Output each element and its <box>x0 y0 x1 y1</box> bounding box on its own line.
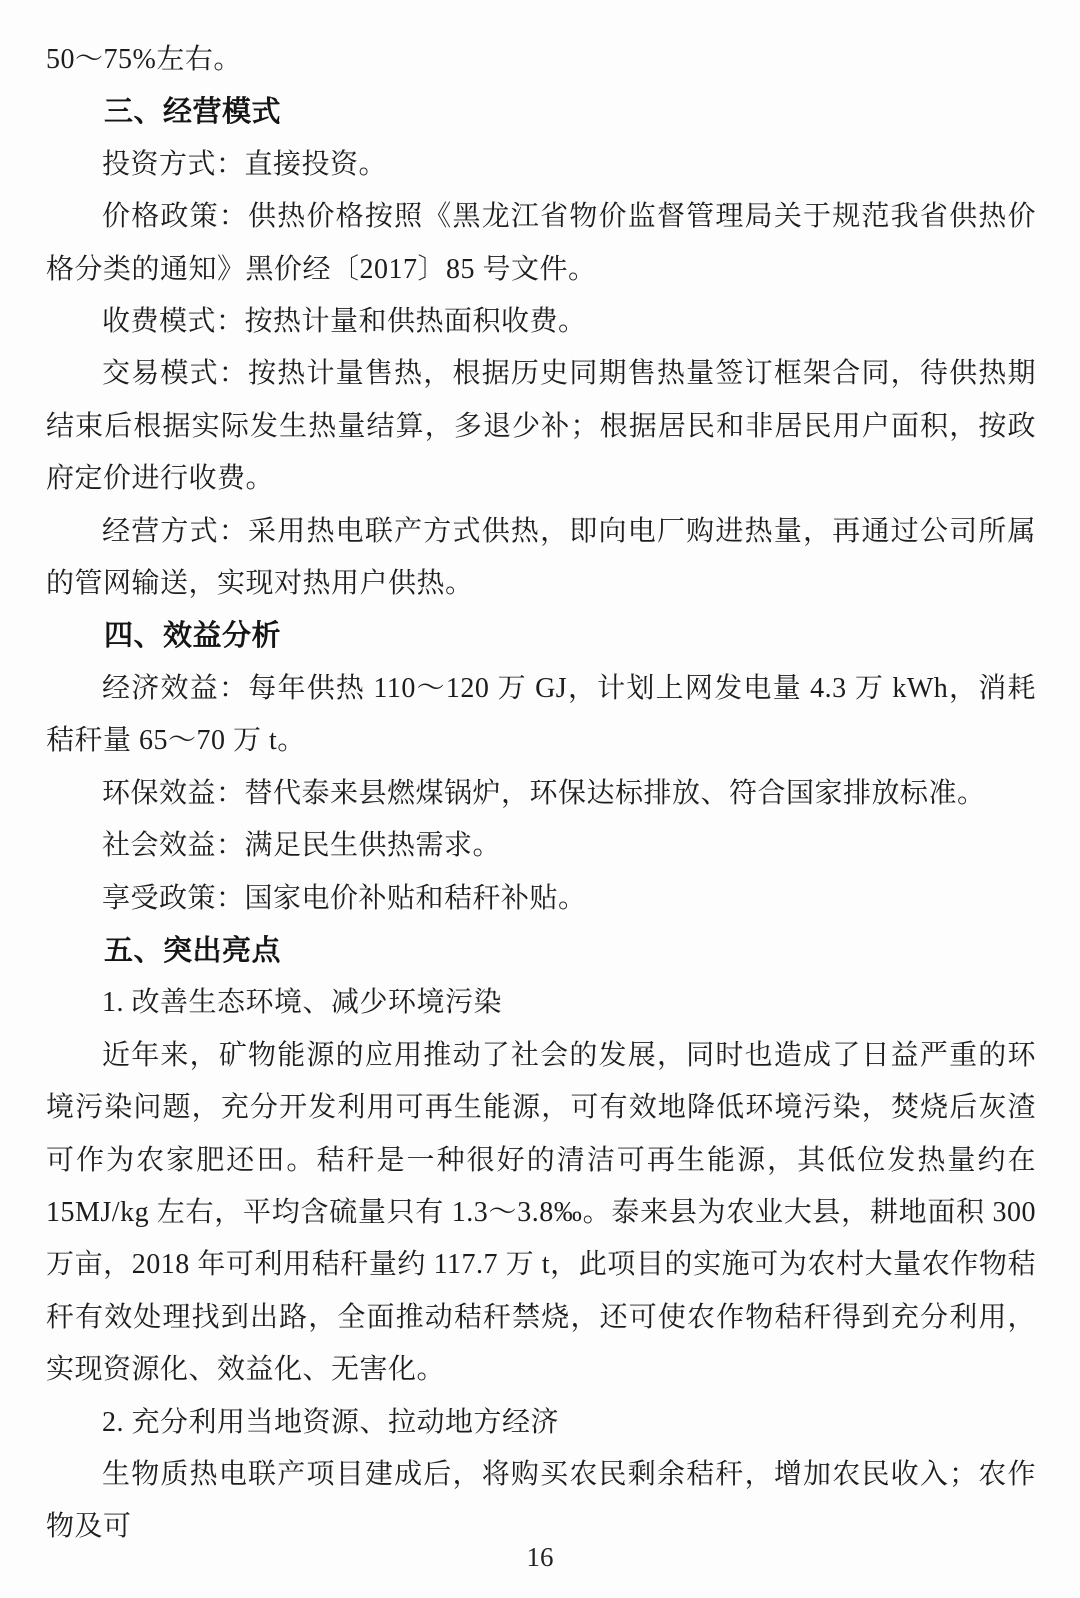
subheading-point-1: 1. 改善生态环境、减少环境污染 <box>46 977 1036 1029</box>
para-economic-benefit: 经济效益：每年供热 110～120 万 GJ，计划上网发电量 4.3 万 kWh… <box>46 663 1036 768</box>
heading-section-4: 四、效益分析 <box>46 610 1036 662</box>
para-point-1-detail: 近年来，矿物能源的应用推动了社会的发展，同时也造成了日益严重的环境污染问题，充分… <box>46 1030 1036 1397</box>
para-social-benefit: 社会效益：满足民生供热需求。 <box>46 820 1036 872</box>
heading-section-5: 五、突出亮点 <box>46 925 1036 977</box>
document-page: 50～75%左右。 三、经营模式 投资方式：直接投资。 价格政策：供热价格按照《… <box>0 0 1080 1598</box>
subheading-point-2: 2. 充分利用当地资源、拉动地方经济 <box>46 1397 1036 1449</box>
para-price-policy: 价格政策：供热价格按照《黑龙江省物价监督管理局关于规范我省供热价格分类的通知》黑… <box>46 191 1036 296</box>
heading-section-3: 三、经营模式 <box>46 86 1036 138</box>
para-point-2-detail: 生物质热电联产项目建成后，将购买农民剩余秸秆，增加农民收入；农作物及可 <box>46 1449 1036 1554</box>
para-policy-benefit: 享受政策：国家电价补贴和秸秆补贴。 <box>46 873 1036 925</box>
para-operation-mode: 经营方式：采用热电联产方式供热，即向电厂购进热量，再通过公司所属的管网输送，实现… <box>46 506 1036 611</box>
para-environmental-benefit: 环保效益：替代泰来县燃煤锅炉，环保达标排放、符合国家排放标准。 <box>46 768 1036 820</box>
document-body: 50～75%左右。 三、经营模式 投资方式：直接投资。 价格政策：供热价格按照《… <box>46 34 1036 1554</box>
para-investment-mode: 投资方式：直接投资。 <box>46 139 1036 191</box>
page-number: 16 <box>0 1542 1080 1572</box>
para-fee-mode: 收费模式：按热计量和供热面积收费。 <box>46 296 1036 348</box>
continuation-line: 50～75%左右。 <box>46 34 1036 86</box>
para-trade-mode: 交易模式：按热计量售热，根据历史同期售热量签订框架合同，待供热期结束后根据实际发… <box>46 348 1036 505</box>
